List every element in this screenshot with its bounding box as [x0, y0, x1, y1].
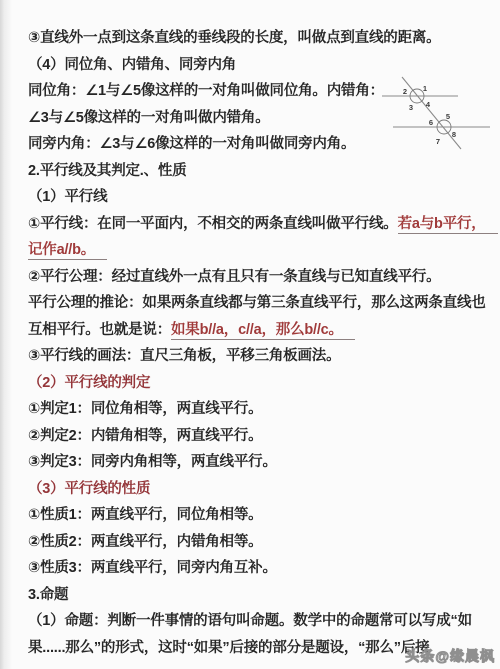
text-segment: 2.平行线及其判定.、性质	[28, 163, 187, 179]
text-line: 3.命题	[28, 582, 496, 609]
watermark: 头条@缘晨枫	[405, 646, 495, 666]
text-segment: 互相平行。也就是说：	[28, 322, 171, 338]
text-segment: （1）平行线	[28, 189, 107, 205]
text-segment: ∠3与∠5像这样的一对角叫做内错角。	[28, 110, 270, 126]
text-segment: ②判定2：内错角相等，两直线平行。	[28, 428, 262, 444]
text-segment: （1）命题：判断一件事情的语句叫命题。数学中的命题常可以写成“如	[28, 613, 472, 629]
text-segment: 同位角：∠1与∠5像这样的一对角叫做同位角。内错角：	[28, 83, 384, 99]
angle-label-6: 6	[429, 118, 433, 127]
text-segment: ①性质1：两直线平行，同位角相等。	[28, 507, 262, 523]
text-segment: ②性质2：两直线平行，内错角相等。	[28, 534, 262, 550]
text-line: （3）平行线的性质	[28, 476, 496, 503]
text-line: 记作a//b。	[28, 237, 496, 264]
text-line: （1）命题：判断一件事情的语句叫命题。数学中的命题常可以写成“如	[28, 608, 496, 635]
text-segment: （3）平行线的性质	[28, 481, 150, 497]
text-line: ①性质1：两直线平行，同位角相等。	[28, 502, 496, 529]
text-line: （2）平行线的判定	[28, 370, 496, 397]
angle-label-3: 3	[409, 103, 413, 112]
text-segment: 若a与b平行，	[398, 216, 498, 234]
text-segment: 平行公理的推论：如果两条直线都与第三条直线平行，那么这两条直线也	[28, 295, 486, 311]
text-segment: 如果b//a，c//a，那么b//c。	[171, 322, 355, 340]
angle-label-4: 4	[426, 100, 431, 109]
text-segment: 3.命题	[28, 587, 68, 603]
text-segment: ③平行线的画法：直尺三角板，平移三角板画法。	[28, 348, 340, 364]
text-segment: ①平行线：在同一平面内，不相交的两条直线叫做平行线。	[28, 216, 398, 232]
text-segment: 同旁内角：∠3与∠6像这样的一对角叫做同旁内角。	[28, 136, 355, 152]
text-segment: （2）平行线的判定	[28, 375, 150, 391]
text-line: ①平行线：在同一平面内，不相交的两条直线叫做平行线。若a与b平行，	[28, 211, 496, 238]
parallel-lines-diagram: 12345678	[375, 55, 500, 170]
text-segment: ②平行公理：经过直线外一点有且只有一条直线与已知直线平行。	[28, 269, 440, 285]
text-segment: 果......那么”的形式，这时“如果”后接的部分是题设，“那么”后接	[28, 640, 429, 656]
text-line: ③性质3：两直线平行，同旁内角互补。	[28, 555, 496, 582]
text-line: ①判定1：同位角相等，两直线平行。	[28, 396, 496, 423]
text-line: 互相平行。也就是说：如果b//a，c//a，那么b//c。	[28, 317, 496, 344]
text-line: ③判定3：同旁内角相等，两直线平行。	[28, 449, 496, 476]
text-line: ③平行线的画法：直尺三角板，平移三角板画法。	[28, 343, 496, 370]
text-line: ③直线外一点到这条直线的垂线段的长度，叫做点到直线的距离。	[28, 25, 496, 52]
text-segment: 记作a//b。	[28, 242, 107, 260]
page-edge-shadow	[0, 0, 12, 669]
angle-label-1: 1	[423, 84, 427, 93]
angle-label-7: 7	[436, 137, 440, 146]
angle-label-8: 8	[452, 130, 456, 139]
document-page: ③直线外一点到这条直线的垂线段的长度，叫做点到直线的距离。（4）同位角、内错角、…	[0, 0, 500, 669]
text-segment: ①判定1：同位角相等，两直线平行。	[28, 401, 262, 417]
text-segment: ③性质3：两直线平行，同旁内角互补。	[28, 560, 277, 576]
text-line: ②判定2：内错角相等，两直线平行。	[28, 423, 496, 450]
text-segment: ③直线外一点到这条直线的垂线段的长度，叫做点到直线的距离。	[28, 30, 440, 46]
text-line: 平行公理的推论：如果两条直线都与第三条直线平行，那么这两条直线也	[28, 290, 496, 317]
text-line: ②平行公理：经过直线外一点有且只有一条直线与已知直线平行。	[28, 264, 496, 291]
angle-label-2: 2	[403, 87, 407, 96]
text-line: （1）平行线	[28, 184, 496, 211]
text-segment: ③判定3：同旁内角相等，两直线平行。	[28, 454, 277, 470]
angle-label-5: 5	[446, 112, 450, 121]
text-line: ②性质2：两直线平行，内错角相等。	[28, 529, 496, 556]
text-segment: （4）同位角、内错角、同旁内角	[28, 57, 236, 73]
